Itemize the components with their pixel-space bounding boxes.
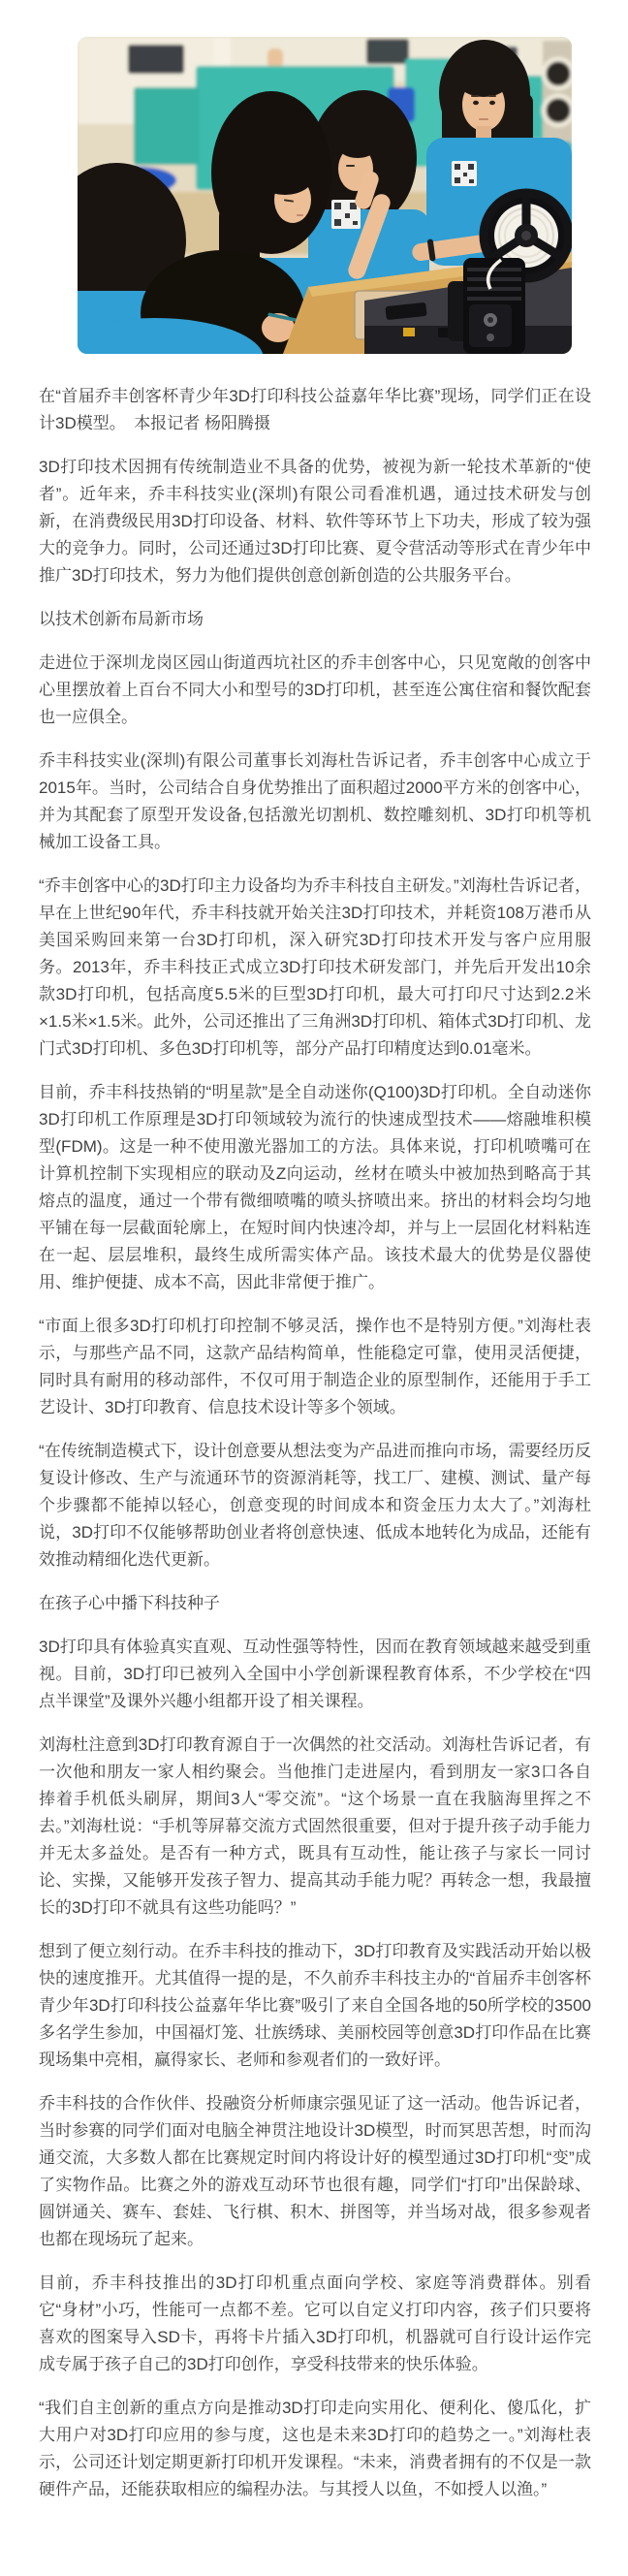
- monitor-shape: [128, 45, 184, 74]
- paragraph-fdm-tech: 目前，乔丰科技热销的“明星款”是全自动迷你(Q100)3D打印机。全自动迷你3D…: [39, 1079, 591, 1296]
- paragraph-intro: 3D打印技术因拥有传统制造业不具备的优势，被视为新一轮技术革新的“使者”。近年来…: [39, 454, 591, 589]
- paragraph-traditional-mode: “在传统制造模式下，设计创意要从想法变为产品进而推向市场，需要经历反复设计修改、…: [39, 1438, 591, 1574]
- section-heading-education: 在孩子心中播下科技种子: [39, 1590, 591, 1617]
- section-heading-market: 以技术创新布局新市场: [39, 606, 591, 633]
- paragraph-product-advantage: “市面上很多3D打印机打印控制不够灵活，操作也不是特别方便。”刘海杜表示，与那些…: [39, 1313, 591, 1421]
- paragraph-competition: 想到了便立刻行动。在乔丰科技的推动下，3D打印教育及实践活动开始以极快的速度推开…: [39, 1938, 591, 2074]
- article-page: 在“首届乔丰创客杯青少年3D打印科技公益嘉年华比赛”现场，同学们正在设计3D模型…: [0, 0, 628, 2576]
- warning-label: [403, 328, 415, 336]
- paragraph-witness: 乔丰科技的合作伙伴、投融资分析师康宗强见证了这一活动。他告诉记者，当时参赛的同学…: [39, 2090, 591, 2253]
- photo-illustration: [78, 37, 572, 354]
- paragraph-makercenter: 走进位于深圳龙岗区园山街道西坑社区的乔丰创客中心，只见宽敞的创客中心里摆放着上百…: [39, 650, 591, 731]
- paragraph-future: “我们自主创新的重点方向是推动3D打印走向实用化、便利化、傻瓜化，扩大用户对3D…: [39, 2395, 591, 2503]
- paragraph-education-intro: 3D打印具有体验真实直观、互动性强等特性，因而在教育领域越来越受到重视。目前，3…: [39, 1634, 591, 1715]
- paragraph-rnd-history: “乔丰创客中心的3D打印主力设备均为乔丰科技自主研发。”刘海杜告诉记者，早在上世…: [39, 873, 591, 1063]
- speaker-cone: [544, 96, 572, 125]
- paragraph-social-origin: 刘海杜注意到3D打印教育源自于一次偶然的社交活动。刘海杜告诉记者，有一次他和朋友…: [39, 1732, 591, 1922]
- paragraph-founding: 乔丰科技实业(深圳)有限公司董事长刘海杜告诉记者，乔丰创客中心成立于2015年。…: [39, 747, 591, 856]
- photo-caption: 在“首届乔丰创客杯青少年3D打印科技公益嘉年华比赛”现场，同学们正在设计3D模型…: [39, 383, 591, 437]
- monitor-shape: [366, 39, 409, 64]
- speaker-cone: [544, 59, 572, 88]
- partition-panel: [134, 87, 200, 165]
- article-photo: [78, 37, 572, 354]
- article-body: 3D打印技术因拥有传统制造业不具备的优势，被视为新一轮技术革新的“使者”。近年来…: [39, 454, 591, 2503]
- article: 在“首届乔丰创客杯青少年3D打印科技公益嘉年华比赛”现场，同学们正在设计3D模型…: [0, 0, 628, 2576]
- paragraph-consumer-printer: 目前，乔丰科技推出的3D打印机重点面向学校、家庭等消费群体。别看它“身材”小巧，…: [39, 2270, 591, 2378]
